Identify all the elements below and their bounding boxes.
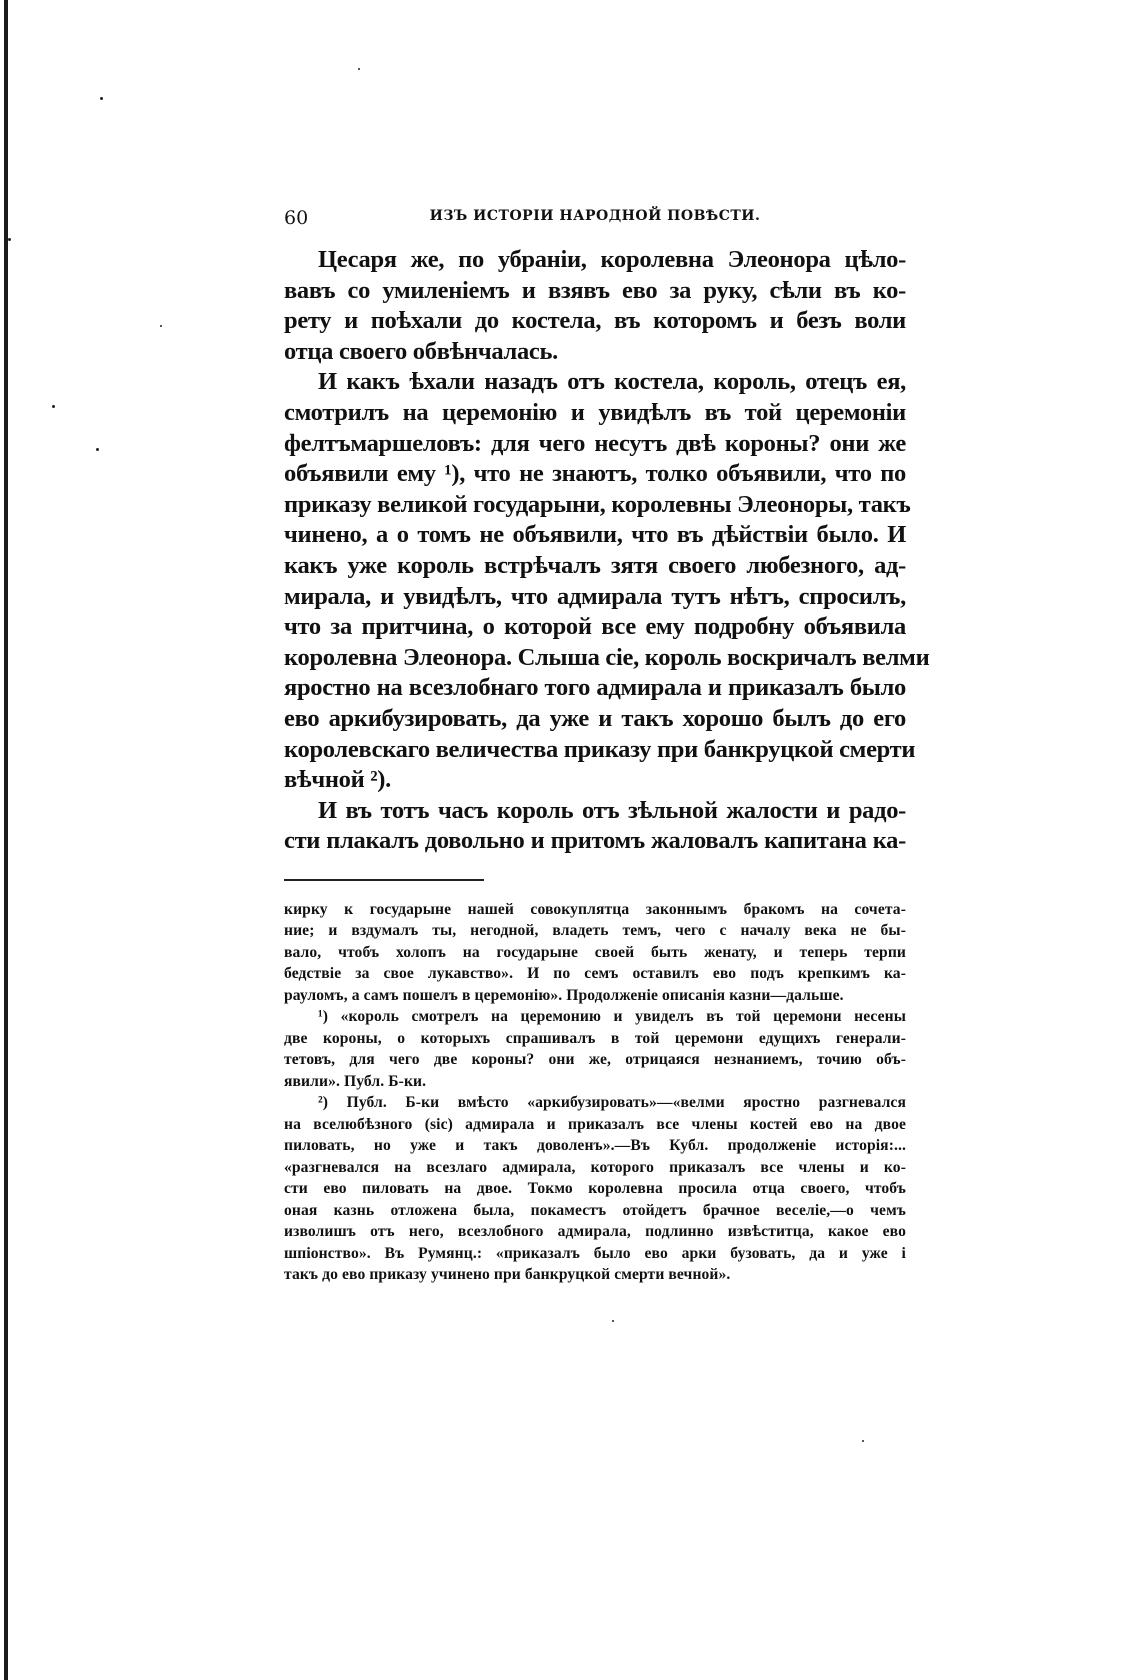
scan-speck xyxy=(96,448,99,451)
book-page: 60 ИЗЪ ИСТОРІИ НАРОДНОЙ ПОВѢСТИ. Цесаря … xyxy=(284,205,906,1286)
scan-speck xyxy=(100,97,103,100)
scan-speck xyxy=(52,405,55,408)
footnote-line: такъ до ево приказу учинено при банкруцк… xyxy=(284,1264,906,1286)
scan-speck xyxy=(8,238,11,241)
footnote-line: оная казнь отложена была, покаместъ отой… xyxy=(284,1200,906,1222)
body-line: смотрилъ на церемонію и увидѣлъ въ той ц… xyxy=(284,398,906,429)
footnote-line: ²) Публ. Б-ки вмѣсто «аркибузировать»—«в… xyxy=(284,1092,906,1114)
scan-edge-line xyxy=(4,0,8,1680)
body-line: королевскаго величества приказу при банк… xyxy=(284,735,906,766)
footnote-line: явили». Публ. Б-ки. xyxy=(284,1071,906,1093)
footnote-line: ¹) «король смотрелъ на церемонию и увиде… xyxy=(284,1006,906,1028)
body-line: вавъ со умиленіемъ и взявъ ево за руку, … xyxy=(284,276,906,307)
body-line: яростно на всезлобнаго того адмирала и п… xyxy=(284,673,906,704)
running-head-title: ИЗЪ ИСТОРІИ НАРОДНОЙ ПОВѢСТИ. xyxy=(284,208,906,224)
footnote-line: шпіонство». Въ Румянц.: «приказалъ было … xyxy=(284,1243,906,1265)
body-line: фелтъмаршеловъ: для чего несутъ двѣ коро… xyxy=(284,429,906,460)
footnote-line: пиловать, но уже и такъ доволенъ».—Въ Ку… xyxy=(284,1135,906,1157)
body-line: сти плакалъ довольно и притомъ жаловалъ … xyxy=(284,826,906,857)
scan-speck xyxy=(160,325,162,327)
footnote-line: ние; и вздумалъ ты, негодной, владеть те… xyxy=(284,920,906,942)
body-line: приказу великой государыни, королевны Эл… xyxy=(284,490,906,521)
body-line: объявили ему ¹), что не знаютъ, толко об… xyxy=(284,459,906,490)
footnote-line: сти ево пиловать на двое. Токмо королевн… xyxy=(284,1178,906,1200)
body-line: мирала, и увидѣлъ, что адмирала тутъ нѣт… xyxy=(284,582,906,613)
body-line: отца своего обвѣнчалась. xyxy=(284,337,906,368)
footnote-line: на вселюбѣзного (sic) адмирала и приказа… xyxy=(284,1114,906,1136)
running-head: 60 ИЗЪ ИСТОРІИ НАРОДНОЙ ПОВѢСТИ. xyxy=(284,205,906,231)
footnote-line: бедствіе за свое лукавство». И по семъ о… xyxy=(284,963,906,985)
footnote-line: вало, чтобъ холопъ на государыне своей б… xyxy=(284,942,906,964)
footnote-line: две короны, о которыхъ спрашивалъ в той … xyxy=(284,1028,906,1050)
footnote-line: кирку к государыне нашей совокуплятца за… xyxy=(284,899,906,921)
body-line: рету и поѣхали до костела, въ которомъ и… xyxy=(284,306,906,337)
footnote-rule xyxy=(284,879,484,881)
body-line: чинено, а о томъ не объявили, что въ дѣй… xyxy=(284,520,906,551)
body-line: королевна Элеонора. Слыша сіе, король во… xyxy=(284,643,906,674)
body-line: ево аркибузировать, да уже и такъ хорошо… xyxy=(284,704,906,735)
scan-speck xyxy=(862,1440,864,1442)
scan-speck xyxy=(358,68,360,70)
body-line: И въ тотъ часъ король отъ зѣльной жалост… xyxy=(284,796,906,827)
body-line: И какъ ѣхали назадъ отъ костела, король,… xyxy=(284,367,906,398)
body-line: Цесаря же, по убраніи, королевна Элеонор… xyxy=(284,245,906,276)
body-text: Цесаря же, по убраніи, королевна Элеонор… xyxy=(284,245,906,857)
footnote-line: «разгневался на всезлаго адмирала, котор… xyxy=(284,1157,906,1179)
footnote-line: рауломъ, а самъ пошелъ в церемонію». Про… xyxy=(284,985,906,1007)
footnote-line: тетовъ, для чего две короны? они же, отр… xyxy=(284,1049,906,1071)
body-line: вѣчной ²). xyxy=(284,765,906,796)
body-line: какъ уже король встрѣчалъ зятя своего лю… xyxy=(284,551,906,582)
body-line: что за притчина, о которой все ему подро… xyxy=(284,612,906,643)
footnotes: кирку к государыне нашей совокуплятца за… xyxy=(284,899,906,1286)
scan-speck xyxy=(612,1320,614,1322)
footnote-line: изволишъ отъ него, всезлобного адмирала,… xyxy=(284,1221,906,1243)
